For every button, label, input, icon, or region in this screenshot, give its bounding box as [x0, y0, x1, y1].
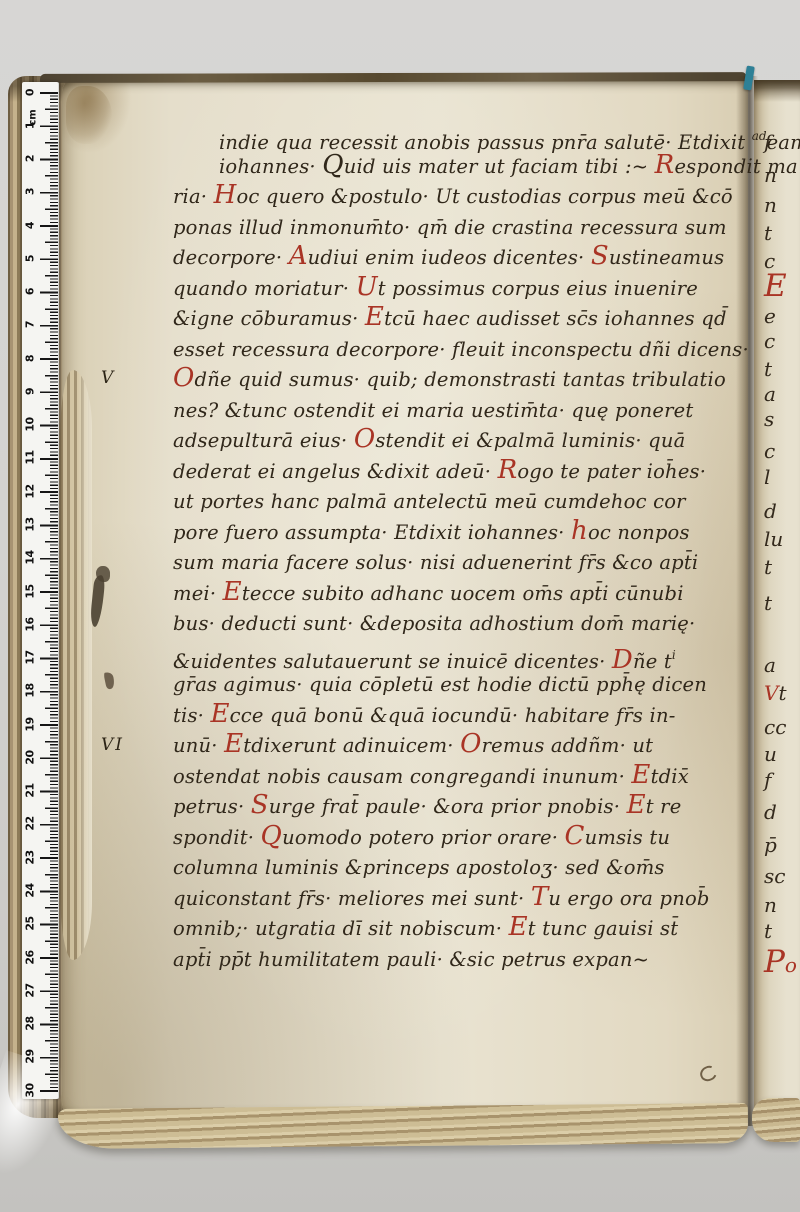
facing-page-fragment: f [764, 768, 771, 792]
text-segment: umsis tu [585, 826, 671, 849]
text-segment: t [764, 919, 772, 943]
manuscript-line: quando moriatur· Ut possimus corpus eius… [173, 274, 743, 305]
inner-page-edges [60, 370, 92, 960]
manuscript-line: gr̄as agimus· quia cōpletū est hodie dic… [173, 670, 743, 701]
text-segment: spondit· [173, 826, 261, 849]
ruler-number: 24 [23, 881, 38, 899]
text-segment: t tunc gauisi st̄ [528, 917, 679, 940]
rubric-initial: R [498, 455, 518, 485]
text-segment: d [764, 800, 777, 824]
text-segment: &igne cōburamus· [173, 307, 365, 330]
facing-page-fragment: p̄ [764, 833, 777, 857]
text-segment: o [785, 953, 797, 977]
rubric-initial: O [173, 363, 195, 393]
ruler-number: 20 [23, 748, 38, 766]
ruler-number: 17 [23, 649, 38, 667]
text-segment: cc [764, 715, 786, 739]
facing-page-fragment: c [764, 329, 775, 353]
rubric-initial: A [289, 241, 308, 271]
text-segment: c [764, 439, 775, 463]
rubric-initial: E [764, 268, 787, 304]
text-segment: s [764, 407, 774, 431]
ruler-number: 9 [23, 382, 38, 400]
text-segment: t re [646, 795, 682, 818]
ruler-number: 26 [23, 948, 38, 966]
text-segment: p̄ [764, 833, 777, 857]
text-segment: espondit ma [674, 155, 797, 178]
margin-numeral: VI [101, 735, 124, 755]
rubric-initial: S [591, 241, 609, 271]
facing-page-fragment: a [764, 382, 776, 406]
rubric-initial: E [223, 577, 242, 607]
ruler-mm-ticks [50, 92, 58, 1092]
facing-page-fragment: t [764, 919, 772, 943]
ruler-number: 8 [23, 349, 38, 367]
text-segment: tecce subito adhanc uocem om̄s apt̄i cūn… [242, 582, 684, 605]
manuscript-line: ponas illud inmonum̄to· qm̄ die crastina… [173, 213, 743, 244]
facing-page-fragment: sc [764, 864, 785, 888]
ruler-number: 22 [23, 815, 38, 833]
text-segment: eam [767, 131, 800, 154]
text-segment: u [764, 742, 777, 766]
facing-page-fragment: d [764, 499, 777, 523]
ink-blot [96, 566, 110, 582]
ruler-number: 0 [23, 83, 38, 101]
rubric-initial: E [365, 302, 384, 332]
ruler-number: 16 [23, 615, 38, 633]
text-segment: d [764, 499, 777, 523]
manuscript-line: &uidentes salutauerunt se inuicē dicente… [173, 640, 743, 671]
ruler-number: 28 [23, 1015, 38, 1033]
facing-page-fragment: n [764, 163, 777, 187]
ruler-number: 23 [23, 848, 38, 866]
text-segment: esset recessura decorpore· fleuit incons… [173, 338, 749, 361]
text-segment: adsepulturā eius· [173, 429, 354, 452]
facing-page-fragment: s [764, 407, 774, 431]
facing-page-fragment: cc [764, 715, 786, 739]
text-segment: decorpore· [173, 246, 289, 269]
text-segment: t [778, 681, 786, 705]
manuscript-line: bus· deducti sunt· &deposita adhostium d… [173, 609, 743, 640]
text-segment: t [764, 357, 772, 381]
manuscript-line: quiconstant fr̄s· meliores mei sunt· Tu … [173, 884, 743, 915]
ruler-number: 11 [23, 449, 38, 467]
manuscript-line: iohannes· Quid uis mater ut faciam tibi … [173, 152, 743, 183]
text-segment: ogo te pater ioh̄es· [517, 460, 706, 483]
facing-page-fragment: l [764, 465, 770, 489]
facing-page-fragment: lu [764, 527, 783, 551]
ruler-number: 15 [23, 582, 38, 600]
text-segment: oc nonpos [588, 521, 690, 544]
manuscript-line: sum maria facere solus· nisi aduenerint … [173, 548, 743, 579]
rubric-initial: U [356, 272, 378, 302]
manuscript-photo: cm 0123456789101112131415161718192021222… [0, 0, 800, 1212]
text-segment: t [764, 591, 772, 615]
ruler-number: 5 [23, 249, 38, 267]
manuscript-line: spondit· Quomodo potero prior orare· Cum… [173, 823, 743, 854]
manuscript-line: omnib;· utgratia dī sit nobiscum· Et tun… [173, 914, 743, 945]
text-segment: n [764, 163, 777, 187]
text-segment: remus addñm· ut [482, 734, 654, 757]
text-segment: nes? &tunc ostendit ei maria uestim̄ta· … [173, 399, 693, 422]
text-segment: ria· [173, 185, 214, 208]
rubric-initial: T [531, 882, 549, 912]
text-segment: tcū haec audisset sc̄s iohannes qd̄ [384, 307, 727, 330]
text-segment: bus· deducti sunt· &deposita adhostium d… [173, 612, 695, 635]
ruler-number: 13 [23, 516, 38, 534]
ruler-number: 30 [23, 1081, 38, 1099]
rubric-initial: R [655, 150, 675, 180]
manuscript-line: Odñe quid sumus· quib; demonstrasti tant… [173, 365, 743, 396]
text-segment: sum maria facere solus· nisi aduenerint … [173, 551, 698, 574]
rubric-initial: O [460, 729, 482, 759]
ruler-number: 2 [23, 150, 38, 168]
facing-page-fragment: t [764, 591, 772, 615]
manuscript-line: &igne cōburamus· Etcū haec audisset sc̄s… [173, 304, 743, 335]
facing-page-fragment: f [764, 130, 771, 154]
manuscript-line: ostendat nobis causam congregandi inunum… [173, 762, 743, 793]
text-segment: pore fuero assumpta· Etdixit iohannes· [173, 521, 571, 544]
rubric-initial: Q [322, 150, 344, 180]
text-segment: omnib;· utgratia dī sit nobiscum· [173, 917, 509, 940]
facing-page-fragment: t [764, 221, 772, 245]
manuscript-line: adsepulturā eius· Ostendit ei &palmā lum… [173, 426, 743, 457]
manuscript-line: nes? &tunc ostendit ei maria uestim̄ta· … [173, 396, 743, 427]
manuscript-line: indie qua recessit anobis passus pnr̄a s… [173, 121, 743, 152]
text-segment: f [764, 130, 771, 154]
manuscript-line: dederat ei angelus &dixit adeū· Rogo te … [173, 457, 743, 488]
parchment-stain [66, 86, 112, 144]
facing-page-fragment: u [764, 742, 777, 766]
text-segment: ut portes hanc palmā antelectū meū cumde… [173, 490, 686, 513]
ruler-number: 14 [23, 549, 38, 567]
ruler-number: 25 [23, 915, 38, 933]
text-segment: V [764, 681, 778, 705]
ruler-number: 4 [23, 216, 38, 234]
manuscript-line: petrus· Surge frat̄ paule· &ora prior pn… [173, 792, 743, 823]
text-segment: quiconstant fr̄s· meliores mei sunt· [173, 887, 531, 910]
ruler-number: 1 [23, 116, 38, 134]
facing-page-fragment: n [764, 893, 777, 917]
rubric-initial: E [224, 729, 243, 759]
bottom-leaf-edges [58, 1103, 748, 1149]
manuscript-line: esset recessura decorpore· fleuit incons… [173, 335, 743, 366]
manuscript-text-block: indie qua recessit anobis passus pnr̄a s… [173, 121, 743, 975]
bottom-leaf-edges-right [752, 1098, 800, 1142]
rubric-initial: O [354, 424, 376, 454]
text-segment: ustineamus [609, 246, 724, 269]
ruler-number: 3 [23, 183, 38, 201]
manuscript-line: ut portes hanc palmā antelectū meū cumde… [173, 487, 743, 518]
ruler-number: 10 [23, 416, 38, 434]
text-segment: t [764, 555, 772, 579]
text-segment: t [764, 221, 772, 245]
rubric-initial: E [509, 912, 528, 942]
text-segment: uid uis mater ut faciam tibi :~ [344, 155, 655, 178]
text-segment: unū· [173, 734, 224, 757]
text-segment: uomodo potero prior orare· [282, 826, 564, 849]
manuscript-line: tis· Ecce quā bonū &quā iocundū· habitar… [173, 701, 743, 732]
facing-page-fragment: t [764, 357, 772, 381]
manuscript-line: ria· Hoc quero &postulo· Ut custodias co… [173, 182, 743, 213]
text-segment: n [764, 893, 777, 917]
ruler-number: 18 [23, 682, 38, 700]
manuscript-line: mei· Etecce subito adhanc uocem om̄s apt… [173, 579, 743, 610]
facing-page-fragment: E [764, 268, 787, 304]
rubric-initial: P [764, 944, 785, 980]
text-segment: oc quero &postulo· Ut custodias corpus m… [236, 185, 732, 208]
rubric-initial: Q [261, 821, 283, 851]
facing-page-fragment: d [764, 800, 777, 824]
text-segment: tdixerunt adinuicem· [243, 734, 460, 757]
superscript-note: i [672, 648, 676, 662]
text-segment: urge frat̄ paule· &ora prior pnobis· [269, 795, 627, 818]
ruler-number: 21 [23, 782, 38, 800]
ruler-number: 27 [23, 981, 38, 999]
text-segment: petrus· [173, 795, 251, 818]
rubric-initial: E [627, 790, 646, 820]
manuscript-line: apt̄i pp̄t humilitatem pauli· &sic petru… [173, 945, 743, 976]
text-segment: gr̄as agimus· quia cōpletū est hodie dic… [173, 673, 707, 696]
text-segment: l [764, 465, 770, 489]
text-segment: stendit ei &palmā luminis· quā [375, 429, 685, 452]
facing-page-fragment: e [764, 304, 776, 328]
text-segment: dederat ei angelus &dixit adeū· [173, 460, 498, 483]
text-segment: apt̄i pp̄t humilitatem pauli· &sic petru… [173, 948, 649, 971]
ruler-number: 19 [23, 715, 38, 733]
page-top-edge [40, 72, 746, 83]
manuscript-line: columna luminis &princeps apostoloʒ· sed… [173, 853, 743, 884]
facing-page-fragment: a [764, 653, 776, 677]
rubric-initial: h [571, 516, 588, 546]
text-segment: f [764, 768, 771, 792]
text-segment: iohannes· [219, 155, 322, 178]
text-segment: udiui enim iudeos dicentes· [308, 246, 591, 269]
facing-page-fragment: Vt [764, 681, 787, 705]
text-segment: a [764, 653, 776, 677]
ruler-number: 6 [23, 283, 38, 301]
facing-page-fragment: c [764, 439, 775, 463]
manuscript-line: pore fuero assumpta· Etdixit iohannes· h… [173, 518, 743, 549]
text-segment: ponas illud inmonum̄to· qm̄ die crastina… [173, 216, 727, 239]
text-segment: sc [764, 864, 785, 888]
text-segment: quando moriatur· [173, 277, 356, 300]
cm-ruler: cm 0123456789101112131415161718192021222… [22, 82, 59, 1099]
text-segment: tis· [173, 704, 210, 727]
ruler-number: 7 [23, 316, 38, 334]
text-segment: columna luminis &princeps apostoloʒ· sed… [173, 856, 665, 879]
manuscript-line: decorpore· Audiui enim iudeos dicentes· … [173, 243, 743, 274]
text-segment: ostendat nobis causam congregandi inunum… [173, 765, 631, 788]
facing-page-fragment: t [764, 555, 772, 579]
facing-page-fragment: Po [764, 944, 797, 980]
text-segment: tdix̄ [651, 765, 689, 788]
rubric-initial: S [251, 790, 269, 820]
rubric-initial: H [214, 180, 237, 210]
rubric-initial: C [565, 821, 585, 851]
facing-page-fragment: n [764, 193, 777, 217]
manuscript-line: unū· Etdixerunt adinuicem· Oremus addñm·… [173, 731, 743, 762]
margin-numeral: V [101, 368, 115, 388]
text-segment: c [764, 329, 775, 353]
text-segment: n [764, 193, 777, 217]
ruler-number: 29 [23, 1048, 38, 1066]
text-segment: dñe quid sumus· quib; demonstrasti tanta… [195, 368, 726, 391]
text-segment: lu [764, 527, 783, 551]
text-segment: e [764, 304, 776, 328]
ruler-number: 12 [23, 482, 38, 500]
text-segment: a [764, 382, 776, 406]
rubric-initial: E [631, 760, 650, 790]
text-segment: u ergo ora pnob̄ [548, 887, 709, 910]
rubric-initial: E [210, 699, 229, 729]
text-segment: cce quā bonū &quā iocundū· habitare fr̄s… [230, 704, 676, 727]
text-segment: mei· [173, 582, 223, 605]
text-segment: t possimus corpus eius inuenire [378, 277, 698, 300]
